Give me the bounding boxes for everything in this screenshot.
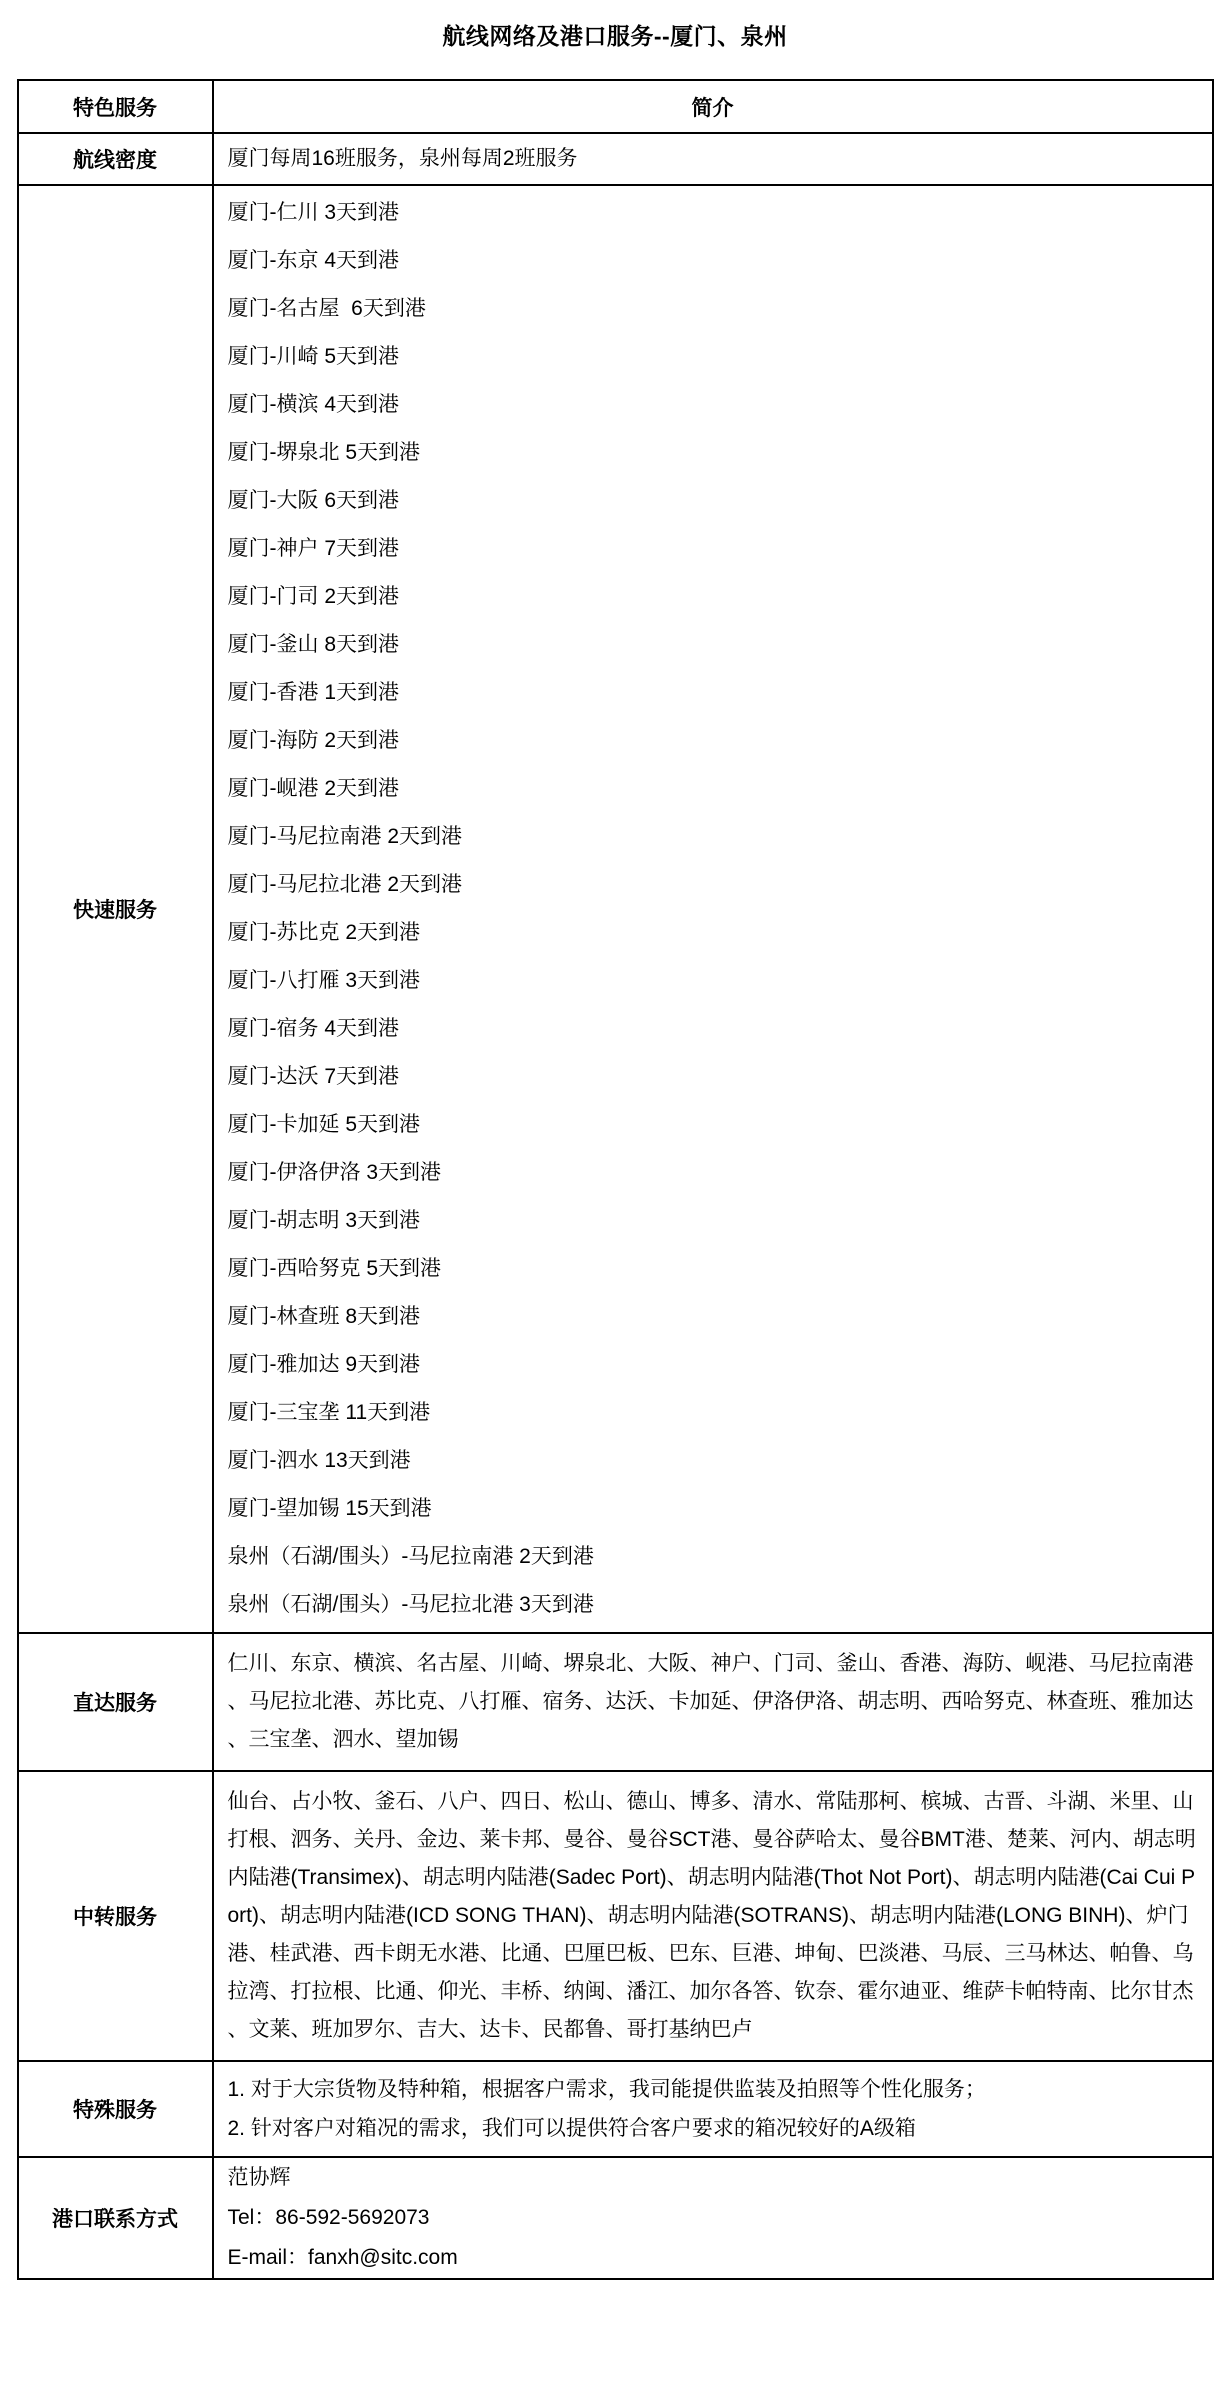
services-table: 特色服务 简介 航线密度 厦门每周16班服务，泉州每周2班服务 快速服务 厦门-… bbox=[17, 79, 1214, 2280]
route-line: 厦门-伊洛伊洛 3天到港 bbox=[228, 1149, 1202, 1197]
special-service-line-1: 1. 对于大宗货物及特种箱，根据客户需求，我司能提供监装及拍照等个性化服务； bbox=[228, 2070, 1200, 2109]
row-label-special-service: 特殊服务 bbox=[18, 2061, 213, 2157]
row-label-direct-service: 直达服务 bbox=[18, 1633, 213, 1771]
header-feature-service: 特色服务 bbox=[18, 80, 213, 133]
route-line: 厦门-门司 2天到港 bbox=[228, 573, 1202, 621]
route-line: 厦门-胡志明 3天到港 bbox=[228, 1197, 1202, 1245]
cell-special-service: 1. 对于大宗货物及特种箱，根据客户需求，我司能提供监装及拍照等个性化服务； 2… bbox=[213, 2061, 1213, 2157]
route-line: 泉州（石湖/围头）-马尼拉南港 2天到港 bbox=[228, 1533, 1202, 1581]
row-label-port-contact: 港口联系方式 bbox=[18, 2157, 213, 2279]
route-line: 厦门-横滨 4天到港 bbox=[228, 381, 1202, 429]
route-line: 厦门-马尼拉南港 2天到港 bbox=[228, 813, 1202, 861]
row-label-route-density: 航线密度 bbox=[18, 133, 213, 185]
route-line: 厦门-宿务 4天到港 bbox=[228, 1005, 1202, 1053]
route-line: 厦门-名古屋 6天到港 bbox=[228, 285, 1202, 333]
direct-service-ports-text: 仁川、东京、横滨、名古屋、川崎、堺泉北、大阪、神户、门司、釜山、香港、海防、岘港… bbox=[214, 1634, 1212, 1770]
transfer-service-ports-text: 仙台、占小牧、釜石、八户、四日、松山、德山、博多、清水、常陆那柯、槟城、古晋、斗… bbox=[214, 1772, 1212, 2060]
route-line: 厦门-川崎 5天到港 bbox=[228, 333, 1202, 381]
page-title: 航线网络及港口服务--厦门、泉州 bbox=[0, 18, 1230, 51]
row-direct-service: 直达服务 仁川、东京、横滨、名古屋、川崎、堺泉北、大阪、神户、门司、釜山、香港、… bbox=[18, 1633, 1213, 1771]
port-contact-lines: 范协辉 Tel：86-592-5692073 E-mail：fanxh@sitc… bbox=[214, 2158, 1212, 2278]
table-header-row: 特色服务 简介 bbox=[18, 80, 1213, 133]
contact-telephone: Tel：86-592-5692073 bbox=[228, 2198, 1200, 2238]
route-line: 厦门-仁川 3天到港 bbox=[228, 189, 1202, 237]
row-special-service: 特殊服务 1. 对于大宗货物及特种箱，根据客户需求，我司能提供监装及拍照等个性化… bbox=[18, 2061, 1213, 2157]
document-page: 航线网络及港口服务--厦门、泉州 特色服务 简介 航线密度 厦门每周16班服务，… bbox=[0, 0, 1230, 2385]
route-line: 厦门-苏比克 2天到港 bbox=[228, 909, 1202, 957]
route-line: 厦门-八打雁 3天到港 bbox=[228, 957, 1202, 1005]
row-transfer-service: 中转服务 仙台、占小牧、釜石、八户、四日、松山、德山、博多、清水、常陆那柯、槟城… bbox=[18, 1771, 1213, 2061]
route-line: 厦门-泗水 13天到港 bbox=[228, 1437, 1202, 1485]
route-line: 厦门-神户 7天到港 bbox=[228, 525, 1202, 573]
route-line: 厦门-东京 4天到港 bbox=[228, 237, 1202, 285]
contact-person-name: 范协辉 bbox=[228, 2158, 1200, 2198]
route-line: 厦门-卡加延 5天到港 bbox=[228, 1101, 1202, 1149]
row-fast-service: 快速服务 厦门-仁川 3天到港厦门-东京 4天到港厦门-名古屋 6天到港厦门-川… bbox=[18, 185, 1213, 1633]
cell-port-contact: 范协辉 Tel：86-592-5692073 E-mail：fanxh@sitc… bbox=[213, 2157, 1213, 2279]
route-line: 厦门-釜山 8天到港 bbox=[228, 621, 1202, 669]
route-line: 厦门-香港 1天到港 bbox=[228, 669, 1202, 717]
header-introduction: 简介 bbox=[213, 80, 1213, 133]
cell-route-density: 厦门每周16班服务，泉州每周2班服务 bbox=[213, 133, 1213, 185]
route-line: 厦门-西哈努克 5天到港 bbox=[228, 1245, 1202, 1293]
row-label-transfer-service: 中转服务 bbox=[18, 1771, 213, 2061]
route-line: 厦门-大阪 6天到港 bbox=[228, 477, 1202, 525]
row-route-density: 航线密度 厦门每周16班服务，泉州每周2班服务 bbox=[18, 133, 1213, 185]
row-label-fast-service: 快速服务 bbox=[18, 185, 213, 1633]
cell-direct-service: 仁川、东京、横滨、名古屋、川崎、堺泉北、大阪、神户、门司、釜山、香港、海防、岘港… bbox=[213, 1633, 1213, 1771]
cell-transfer-service: 仙台、占小牧、釜石、八户、四日、松山、德山、博多、清水、常陆那柯、槟城、古晋、斗… bbox=[213, 1771, 1213, 2061]
special-service-line-2: 2. 针对客户对箱况的需求，我们可以提供符合客户要求的箱况较好的A级箱 bbox=[228, 2109, 1200, 2148]
row-port-contact: 港口联系方式 范协辉 Tel：86-592-5692073 E-mail：fan… bbox=[18, 2157, 1213, 2279]
route-line: 厦门-雅加达 9天到港 bbox=[228, 1341, 1202, 1389]
route-density-text: 厦门每周16班服务，泉州每周2班服务 bbox=[214, 134, 1212, 184]
route-line: 厦门-马尼拉北港 2天到港 bbox=[228, 861, 1202, 909]
route-list: 厦门-仁川 3天到港厦门-东京 4天到港厦门-名古屋 6天到港厦门-川崎 5天到… bbox=[214, 186, 1212, 1632]
route-line: 泉州（石湖/围头）-马尼拉北港 3天到港 bbox=[228, 1581, 1202, 1629]
route-line: 厦门-望加锡 15天到港 bbox=[228, 1485, 1202, 1533]
contact-email: E-mail：fanxh@sitc.com bbox=[228, 2238, 1200, 2278]
route-line: 厦门-堺泉北 5天到港 bbox=[228, 429, 1202, 477]
route-line: 厦门-达沃 7天到港 bbox=[228, 1053, 1202, 1101]
route-line: 厦门-林查班 8天到港 bbox=[228, 1293, 1202, 1341]
route-line: 厦门-岘港 2天到港 bbox=[228, 765, 1202, 813]
cell-fast-service: 厦门-仁川 3天到港厦门-东京 4天到港厦门-名古屋 6天到港厦门-川崎 5天到… bbox=[213, 185, 1213, 1633]
special-service-lines: 1. 对于大宗货物及特种箱，根据客户需求，我司能提供监装及拍照等个性化服务； 2… bbox=[214, 2062, 1212, 2156]
route-line: 厦门-海防 2天到港 bbox=[228, 717, 1202, 765]
route-line: 厦门-三宝垄 11天到港 bbox=[228, 1389, 1202, 1437]
